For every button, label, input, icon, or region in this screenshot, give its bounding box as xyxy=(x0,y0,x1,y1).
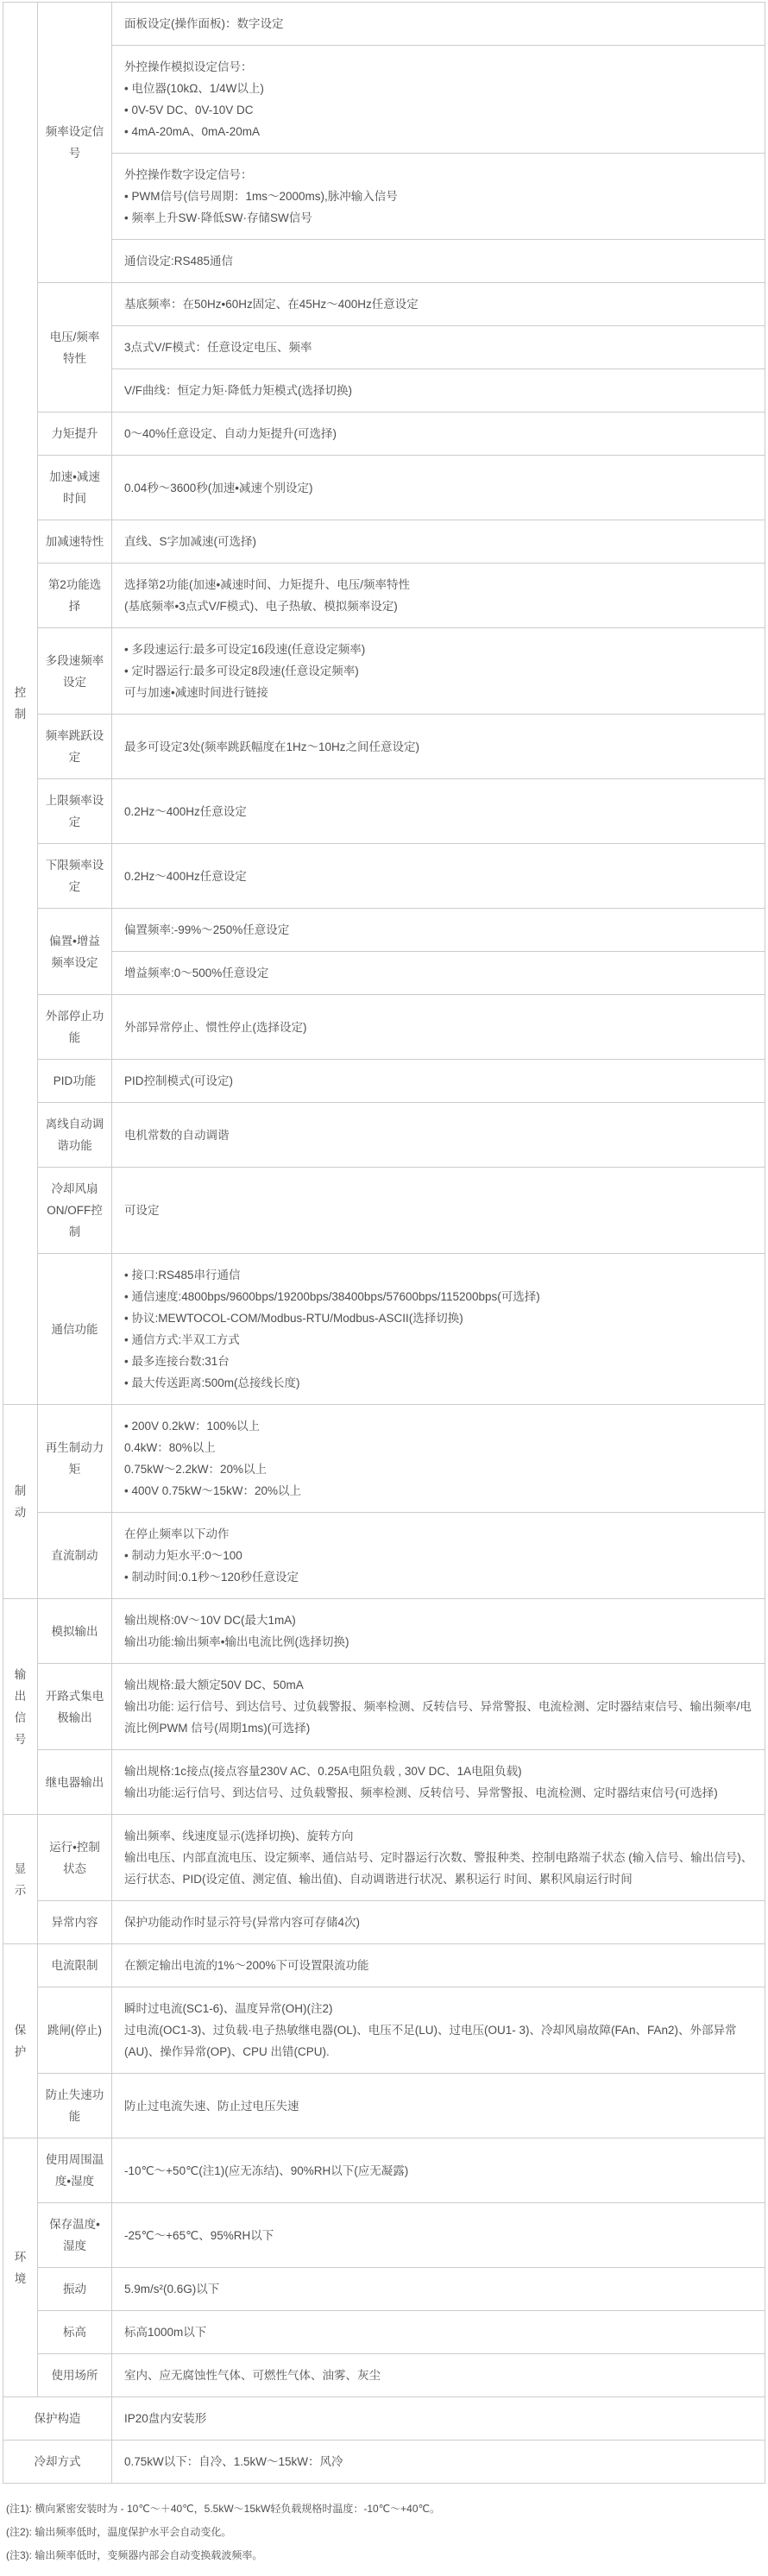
spec-value-cell: 最多可设定3处(频率跳跃幅度在1Hz～10Hz之间任意设定) xyxy=(112,715,765,779)
spec-value-cell: 可设定 xyxy=(112,1168,765,1254)
spec-value-cell: 5.9m/s²(0.6G)以下 xyxy=(112,2268,765,2311)
spec-label-cell: PID功能 xyxy=(38,1060,112,1103)
category-cell: 保护 xyxy=(3,1944,38,2138)
spec-table: 控制频率设定信号面板设定(操作面板)：数字设定外控操作模拟设定信号： • 电位器… xyxy=(3,2,765,2484)
spec-value-cell: 标高1000m以下 xyxy=(112,2311,765,2354)
spec-row: 跳闸(停止)瞬时过电流(SC1-6)、温度异常(OH)(注2) 过电流(OC1-… xyxy=(3,1987,765,2074)
spec-value-cell: 在停止频率以下动作 • 制动力矩水平:0～100 • 制动时间:0.1秒～120… xyxy=(112,1513,765,1599)
spec-label-cell: 防止失速功能 xyxy=(38,2074,112,2138)
spec-row: 偏置•增益频率设定偏置频率:-99%～250%任意设定 xyxy=(3,909,765,952)
spec-row: 电压/频率特性基底频率：在50Hz•60Hz固定、在45Hz～400Hz任意设定 xyxy=(3,283,765,326)
spec-row: 多段速频率设定• 多段速运行:最多可设定16段速(任意设定频率) • 定时器运行… xyxy=(3,628,765,715)
spec-label-cell: 使用场所 xyxy=(38,2354,112,2397)
spec-span-row: 保护构造IP20盘内安装形 xyxy=(3,2397,765,2441)
spec-value-cell: 防止过电流失速、防止过电压失速 xyxy=(112,2074,765,2138)
spec-row: 开路式集电极输出输出规格:最大额定50V DC、50mA 输出功能: 运行信号、… xyxy=(3,1664,765,1750)
spec-label-cell: 频率设定信号 xyxy=(38,3,112,283)
spec-value-cell: 偏置频率:-99%～250%任意设定 xyxy=(112,909,765,952)
spec-row: 继电器输出输出规格:1c接点(接点容量230V AC、0.25A电阻负载 , 3… xyxy=(3,1750,765,1815)
spec-row: 上限频率设定0.2Hz～400Hz任意设定 xyxy=(3,779,765,844)
spec-row: 外控操作数字设定信号： • PWM信号(信号周期：1ms～2000ms),脉冲输… xyxy=(3,154,765,240)
spec-value-cell: 保护功能动作时显示符号(异常内容可存储4次) xyxy=(112,1901,765,1944)
spec-label-cell: 异常内容 xyxy=(38,1901,112,1944)
spec-value-cell: 瞬时过电流(SC1-6)、温度异常(OH)(注2) 过电流(OC1-3)、过负载… xyxy=(112,1987,765,2074)
footnote-1: (注1): 横向紧密安装时为 - 10℃～＋40℃，5.5kW～15kW轻负载规… xyxy=(6,2497,765,2521)
spec-row: 频率跳跃设定最多可设定3处(频率跳跃幅度在1Hz～10Hz之间任意设定) xyxy=(3,715,765,779)
spec-row: 振动5.9m/s²(0.6G)以下 xyxy=(3,2268,765,2311)
spec-value-cell: IP20盘内安装形 xyxy=(112,2397,765,2441)
spec-row: 3点式V/F模式：任意设定电压、频率 xyxy=(3,326,765,369)
spec-row: 加减速特性直线、S字加减速(可选择) xyxy=(3,520,765,564)
spec-label-cell: 运行•控制状态 xyxy=(38,1815,112,1901)
spec-label-cell: 上限频率设定 xyxy=(38,779,112,844)
spec-value-cell: 输出频率、线速度显示(选择切换)、旋转方向 输出电压、内部直流电压、设定频率、通… xyxy=(112,1815,765,1901)
spec-value-cell: 基底频率：在50Hz•60Hz固定、在45Hz～400Hz任意设定 xyxy=(112,283,765,326)
spec-row: 标高标高1000m以下 xyxy=(3,2311,765,2354)
spec-value-cell: 外控操作数字设定信号： • PWM信号(信号周期：1ms～2000ms),脉冲输… xyxy=(112,154,765,240)
category-cell: 环境 xyxy=(3,2138,38,2397)
spec-value-cell: 0.04秒～3600秒(加速•减速个别设定) xyxy=(112,456,765,520)
spec-value-cell: 外部异常停止、惯性停止(选择设定) xyxy=(112,995,765,1060)
spec-label-cell: 标高 xyxy=(38,2311,112,2354)
spec-label-cell: 模拟输出 xyxy=(38,1599,112,1664)
spec-label-cell: 保存温度•湿度 xyxy=(38,2203,112,2268)
spec-value-cell: 0.2Hz～400Hz任意设定 xyxy=(112,844,765,909)
category-cell: 控制 xyxy=(3,3,38,1405)
spec-row: 直流制动在停止频率以下动作 • 制动力矩水平:0～100 • 制动时间:0.1秒… xyxy=(3,1513,765,1599)
spec-table-body: 控制频率设定信号面板设定(操作面板)：数字设定外控操作模拟设定信号： • 电位器… xyxy=(3,3,765,2484)
spec-label-cell: 冷却风扇ON/OFF控制 xyxy=(38,1168,112,1254)
spec-row: PID功能PID控制模式(可设定) xyxy=(3,1060,765,1103)
spec-row: 防止失速功能防止过电流失速、防止过电压失速 xyxy=(3,2074,765,2138)
spec-row: 显示运行•控制状态输出频率、线速度显示(选择切换)、旋转方向 输出电压、内部直流… xyxy=(3,1815,765,1901)
spec-value-cell: • 接口:RS485串行通信 • 通信速度:4800bps/9600bps/19… xyxy=(112,1254,765,1405)
spec-page: 控制频率设定信号面板设定(操作面板)：数字设定外控操作模拟设定信号： • 电位器… xyxy=(0,0,768,2576)
spec-label-cell: 偏置•增益频率设定 xyxy=(38,909,112,995)
spec-label-cell: 频率跳跃设定 xyxy=(38,715,112,779)
spec-value-cell: 3点式V/F模式：任意设定电压、频率 xyxy=(112,326,765,369)
spec-label-cell: 继电器输出 xyxy=(38,1750,112,1815)
spec-row: 保护电流限制在额定输出电流的1%～200%下可设置限流功能 xyxy=(3,1944,765,1987)
spec-row: 加速•减速时间0.04秒～3600秒(加速•减速个别设定) xyxy=(3,456,765,520)
spec-row: 下限频率设定0.2Hz～400Hz任意设定 xyxy=(3,844,765,909)
spec-label-cell: 再生制动力矩 xyxy=(38,1405,112,1513)
spec-value-cell: 选择第2功能(加速•减速时间、力矩提升、电压/频率特性 (基底频率•3点式V/F… xyxy=(112,564,765,628)
spec-value-cell: 0.75kW以下：自冷、1.5kW～15kW：风冷 xyxy=(112,2441,765,2484)
spec-value-cell: 0～40%任意设定、自动力矩提升(可选择) xyxy=(112,413,765,456)
spec-value-cell: 电机常数的自动调谐 xyxy=(112,1103,765,1168)
category-cell: 输出信号 xyxy=(3,1599,38,1815)
category-cell: 显示 xyxy=(3,1815,38,1944)
spec-row: 控制频率设定信号面板设定(操作面板)：数字设定 xyxy=(3,3,765,46)
spec-label-cell: 电流限制 xyxy=(38,1944,112,1987)
spec-value-cell: 增益频率:0～500%任意设定 xyxy=(112,952,765,995)
spec-label-cell: 加速•减速时间 xyxy=(38,456,112,520)
spec-row: 输出信号模拟输出输出规格:0V～10V DC(最大1mA) 输出功能:输出频率•… xyxy=(3,1599,765,1664)
spec-value-cell: -10℃～+50℃(注1)(应无冻结)、90%RH以下(应无凝露) xyxy=(112,2138,765,2203)
spec-label-cell: 直流制动 xyxy=(38,1513,112,1599)
spec-span-label-cell: 冷却方式 xyxy=(3,2441,112,2484)
spec-value-cell: 面板设定(操作面板)：数字设定 xyxy=(112,3,765,46)
spec-value-cell: 外控操作模拟设定信号： • 电位器(10kΩ、1/4W以上) • 0V-5V D… xyxy=(112,46,765,154)
footnote-3: (注3): 输出频率低时，变频器内部会自动变换载波频率。 xyxy=(6,2544,765,2567)
spec-label-cell: 开路式集电极输出 xyxy=(38,1664,112,1750)
spec-row: 异常内容保护功能动作时显示符号(异常内容可存储4次) xyxy=(3,1901,765,1944)
spec-label-cell: 离线自动调谐功能 xyxy=(38,1103,112,1168)
spec-row: 环境使用周围温度•湿度-10℃～+50℃(注1)(应无冻结)、90%RH以下(应… xyxy=(3,2138,765,2203)
spec-label-cell: 力矩提升 xyxy=(38,413,112,456)
spec-row: 制动再生制动力矩• 200V 0.2kW：100%以上 0.4kW：80%以上 … xyxy=(3,1405,765,1513)
spec-value-cell: 输出规格:0V～10V DC(最大1mA) 输出功能:输出频率•输出电流比例(选… xyxy=(112,1599,765,1664)
spec-value-cell: V/F曲线：恒定力矩·降低力矩模式(选择切换) xyxy=(112,369,765,413)
spec-label-cell: 使用周围温度•湿度 xyxy=(38,2138,112,2203)
spec-value-cell: 0.2Hz～400Hz任意设定 xyxy=(112,779,765,844)
spec-row: 力矩提升0～40%任意设定、自动力矩提升(可选择) xyxy=(3,413,765,456)
spec-row: 外部停止功能外部异常停止、惯性停止(选择设定) xyxy=(3,995,765,1060)
spec-row: 通信设定:RS485通信 xyxy=(3,240,765,283)
spec-label-cell: 振动 xyxy=(38,2268,112,2311)
spec-row: 第2功能选择选择第2功能(加速•减速时间、力矩提升、电压/频率特性 (基底频率•… xyxy=(3,564,765,628)
spec-value-cell: 在额定输出电流的1%～200%下可设置限流功能 xyxy=(112,1944,765,1987)
spec-label-cell: 电压/频率特性 xyxy=(38,283,112,413)
spec-label-cell: 下限频率设定 xyxy=(38,844,112,909)
footnote-2: (注2): 输出频率低时，温度保护水平会自动变化。 xyxy=(6,2521,765,2544)
spec-row: 通信功能• 接口:RS485串行通信 • 通信速度:4800bps/9600bp… xyxy=(3,1254,765,1405)
spec-row: 冷却风扇ON/OFF控制可设定 xyxy=(3,1168,765,1254)
spec-label-cell: 通信功能 xyxy=(38,1254,112,1405)
spec-row: 保存温度•湿度-25℃～+65℃、95%RH以下 xyxy=(3,2203,765,2268)
spec-label-cell: 第2功能选择 xyxy=(38,564,112,628)
category-cell: 制动 xyxy=(3,1405,38,1599)
spec-value-cell: 直线、S字加减速(可选择) xyxy=(112,520,765,564)
spec-value-cell: 室内、应无腐蚀性气体、可燃性气体、油雾、灰尘 xyxy=(112,2354,765,2397)
spec-value-cell: • 多段速运行:最多可设定16段速(任意设定频率) • 定时器运行:最多可设定8… xyxy=(112,628,765,715)
spec-row: 离线自动调谐功能电机常数的自动调谐 xyxy=(3,1103,765,1168)
spec-label-cell: 多段速频率设定 xyxy=(38,628,112,715)
footnotes: (注1): 横向紧密安装时为 - 10℃～＋40℃，5.5kW～15kW轻负载规… xyxy=(3,2497,765,2567)
spec-row: 使用场所室内、应无腐蚀性气体、可燃性气体、油雾、灰尘 xyxy=(3,2354,765,2397)
spec-value-cell: PID控制模式(可设定) xyxy=(112,1060,765,1103)
spec-label-cell: 加减速特性 xyxy=(38,520,112,564)
spec-row: V/F曲线：恒定力矩·降低力矩模式(选择切换) xyxy=(3,369,765,413)
spec-label-cell: 外部停止功能 xyxy=(38,995,112,1060)
spec-row: 增益频率:0～500%任意设定 xyxy=(3,952,765,995)
spec-span-label-cell: 保护构造 xyxy=(3,2397,112,2441)
spec-value-cell: • 200V 0.2kW：100%以上 0.4kW：80%以上 0.75kW～2… xyxy=(112,1405,765,1513)
spec-value-cell: 通信设定:RS485通信 xyxy=(112,240,765,283)
spec-label-cell: 跳闸(停止) xyxy=(38,1987,112,2074)
spec-value-cell: 输出规格:1c接点(接点容量230V AC、0.25A电阻负载 , 30V DC… xyxy=(112,1750,765,1815)
spec-value-cell: 输出规格:最大额定50V DC、50mA 输出功能: 运行信号、到达信号、过负载… xyxy=(112,1664,765,1750)
spec-value-cell: -25℃～+65℃、95%RH以下 xyxy=(112,2203,765,2268)
spec-span-row: 冷却方式0.75kW以下：自冷、1.5kW～15kW：风冷 xyxy=(3,2441,765,2484)
spec-row: 外控操作模拟设定信号： • 电位器(10kΩ、1/4W以上) • 0V-5V D… xyxy=(3,46,765,154)
